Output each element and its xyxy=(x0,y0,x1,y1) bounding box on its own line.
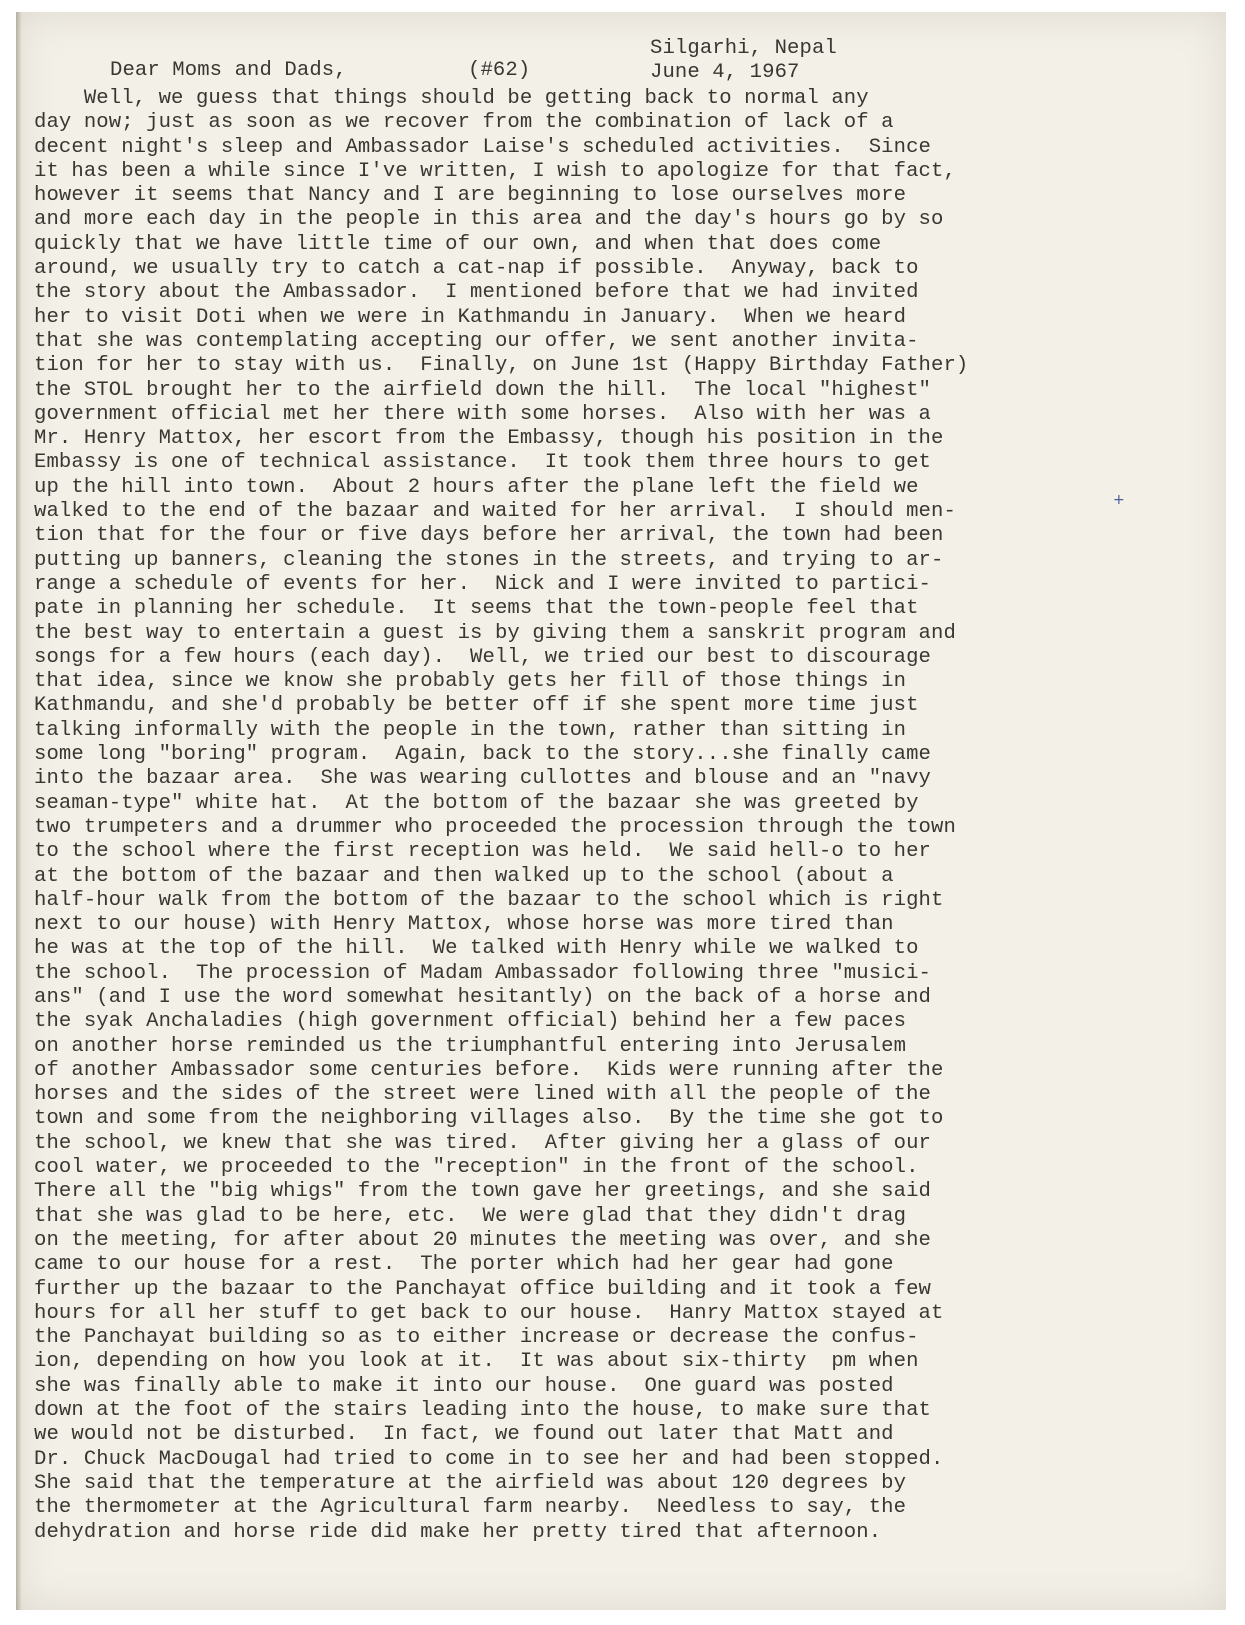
letter-line: the school. The procession of Madam Amba… xyxy=(34,961,968,985)
salutation: Dear Moms and Dads, xyxy=(110,58,347,83)
letter-line: it has been a while since I've written, … xyxy=(34,159,968,183)
letter-line: horses and the sides of the street were … xyxy=(34,1082,968,1106)
letter-line: the Panchayat building so as to either i… xyxy=(34,1325,968,1349)
letter-line: the school, we knew that she was tired. … xyxy=(34,1131,968,1155)
letter-line: came to our house for a rest. The porter… xyxy=(34,1252,968,1276)
letter-line: Mr. Henry Mattox, her escort from the Em… xyxy=(34,426,968,450)
letter-line: however it seems that Nancy and I are be… xyxy=(34,183,968,207)
letter-line: further up the bazaar to the Panchayat o… xyxy=(34,1277,968,1301)
letter-line: and more each day in the people in this … xyxy=(34,207,968,231)
letter-line: putting up banners, cleaning the stones … xyxy=(34,548,968,572)
letter-line: around, we usually try to catch a cat-na… xyxy=(34,256,968,280)
letter-line: range a schedule of events for her. Nick… xyxy=(34,572,968,596)
letter-line: She said that the temperature at the air… xyxy=(34,1471,968,1495)
letter-line: quickly that we have little time of our … xyxy=(34,232,968,256)
letter-line: some long "boring" program. Again, back … xyxy=(34,742,968,766)
letter-line: hours for all her stuff to get back to o… xyxy=(34,1301,968,1325)
letter-line: to the school where the first reception … xyxy=(34,839,968,863)
letter-line: There all the "big whigs" from the town … xyxy=(34,1179,968,1203)
letter-line: into the bazaar area. She was wearing cu… xyxy=(34,766,968,790)
letter-line: tion that for the four or five days befo… xyxy=(34,523,968,547)
letter-line: Embassy is one of technical assistance. … xyxy=(34,450,968,474)
letter-line: songs for a few hours (each day). Well, … xyxy=(34,645,968,669)
letter-line: government official met her there with s… xyxy=(34,402,968,426)
letter-line: of another Ambassador some centuries bef… xyxy=(34,1058,968,1082)
letter-line: the best way to entertain a guest is by … xyxy=(34,621,968,645)
letter-line: on the meeting, for after about 20 minut… xyxy=(34,1228,968,1252)
letter-line: dehydration and horse ride did make her … xyxy=(34,1520,968,1544)
letter-line: town and some from the neighboring villa… xyxy=(34,1106,968,1130)
letter-line: talking informally with the people in th… xyxy=(34,718,968,742)
letter-line: at the bottom of the bazaar and then wal… xyxy=(34,864,968,888)
margin-pen-mark: + xyxy=(1113,492,1125,508)
letter-line: the story about the Ambassador. I mentio… xyxy=(34,280,968,304)
letter-line: up the hill into town. About 2 hours aft… xyxy=(34,475,968,499)
letter-line: Kathmandu, and she'd probably be better … xyxy=(34,693,968,717)
letter-line: next to our house) with Henry Mattox, wh… xyxy=(34,912,968,936)
letter-line: day now; just as soon as we recover from… xyxy=(34,110,968,134)
letter-line: on another horse reminded us the triumph… xyxy=(34,1034,968,1058)
letter-line: the syak Anchaladies (high government of… xyxy=(34,1009,968,1033)
letter-line: down at the foot of the stairs leading i… xyxy=(34,1398,968,1422)
letter-line: walked to the end of the bazaar and wait… xyxy=(34,499,968,523)
letter-line: that she was contemplating accepting our… xyxy=(34,329,968,353)
letter-line: ans" (and I use the word somewhat hesita… xyxy=(34,985,968,1009)
letter-line: cool water, we proceeded to the "recepti… xyxy=(34,1155,968,1179)
letter-line: he was at the top of the hill. We talked… xyxy=(34,936,968,960)
letter-line: pate in planning her schedule. It seems … xyxy=(34,596,968,620)
letter-line: the thermometer at the Agricultural farm… xyxy=(34,1495,968,1519)
letter-line: that idea, since we know she probably ge… xyxy=(34,669,968,693)
letter-line: Well, we guess that things should be get… xyxy=(34,86,968,110)
letter-line: she was finally able to make it into our… xyxy=(34,1374,968,1398)
letter-line: two trumpeters and a drummer who proceed… xyxy=(34,815,968,839)
letter-line: that she was glad to be here, etc. We we… xyxy=(34,1204,968,1228)
letter-number: (#62) xyxy=(468,58,530,83)
letter-line: decent night's sleep and Ambassador Lais… xyxy=(34,135,968,159)
letter-line: Dr. Chuck MacDougal had tried to come in… xyxy=(34,1447,968,1471)
letter-line: ion, depending on how you look at it. It… xyxy=(34,1349,968,1373)
letter-place: Silgarhi, Nepal xyxy=(650,36,837,61)
letter-line: her to visit Doti when we were in Kathma… xyxy=(34,305,968,329)
letter-line: the STOL brought her to the airfield dow… xyxy=(34,378,968,402)
page-edge-shadow xyxy=(16,12,22,1610)
letter-date: June 4, 1967 xyxy=(650,60,800,85)
letter-line: seaman-type" white hat. At the bottom of… xyxy=(34,791,968,815)
letter-line: we would not be disturbed. In fact, we f… xyxy=(34,1422,968,1446)
letter-line: half-hour walk from the bottom of the ba… xyxy=(34,888,968,912)
letter-body: Well, we guess that things should be get… xyxy=(34,86,968,1544)
letter-line: tion for her to stay with us. Finally, o… xyxy=(34,353,968,377)
